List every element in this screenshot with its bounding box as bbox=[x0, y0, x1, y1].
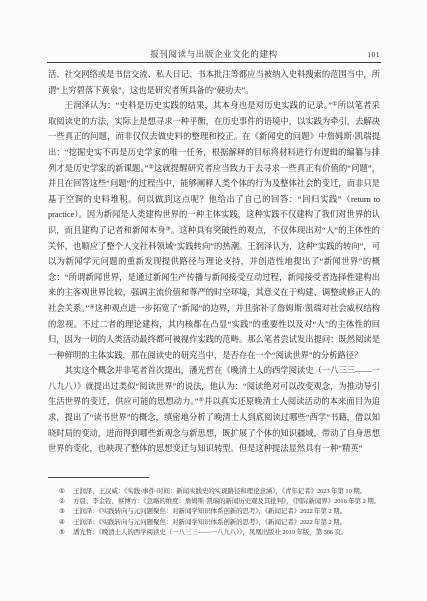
footnote-marker: ④ bbox=[59, 518, 73, 528]
paragraph-text: 王润泽认为：“史料是历史实践的结果，其本身也是对历史实践的记录。” bbox=[65, 101, 332, 110]
body-text: 活、社交网络或是书信交流、私人日记、书本批注等都应当被纳入史料搜索的范围当中，所… bbox=[48, 67, 380, 457]
body-paragraph: 其实这个概念并非笔者首次提出，潘光哲在《晚清士人的西学阅读史（一八三三——一八九… bbox=[48, 363, 380, 457]
footnotes: ①王润泽、王汉威：《实践·事件·时间：新闻实践史的实现路径和理论意涵》，《青年记… bbox=[59, 487, 399, 538]
footnote-item: ⑤潘光哲：《晚清士人的西学阅读史（一八三三——一八九八）》，凤凰出版社 2019… bbox=[59, 528, 399, 538]
footnote-text: 王润泽、王汉威：《实践·事件·时间：新闻实践史的实现路径和理论意涵》，《青年记者… bbox=[73, 487, 366, 497]
footnote-item: ④王润泽：《实践转向与元问题聚焦：对新闻学知识体系创新的思考》，《新闻记者》20… bbox=[59, 518, 399, 528]
footnote-item: ③王润泽：《实践转向与元问题聚焦：对新闻学知识体系创新的思考》，《新闻记者》20… bbox=[59, 507, 399, 517]
body-paragraph: 活、社交网络或是书信交流、私人日记、书本批注等都应当被纳入史料搜索的范围当中，所… bbox=[48, 67, 380, 98]
footnote-marker: ① bbox=[59, 487, 73, 497]
paragraph-text: 活、社交网络或是书信交流、私人日记、书本批注等都应当被纳入史料搜索的范围当中，所… bbox=[48, 70, 380, 95]
paragraph-text: 这种观点进一步拓宽了“新闻”的边界，并且弥补了詹姆斯·凯瑞对社会威权结构的忽视。… bbox=[48, 304, 380, 360]
footnote-text: 王润泽：《实践转向与元问题聚焦：对新闻学知识体系创新的思考》，《新闻记者》202… bbox=[73, 507, 346, 517]
footnote-text: 王润泽：《实践转向与元问题聚焦：对新闻学知识体系创新的思考》，《新闻记者》202… bbox=[73, 518, 346, 528]
footnote-marker: ② bbox=[59, 497, 73, 507]
page-number: 101 bbox=[367, 50, 380, 60]
footnote-separator bbox=[48, 477, 149, 478]
running-title: 报刊阅读与出版企业文化的建构 bbox=[47, 49, 381, 60]
footnote-item: ①王润泽、王汉威：《实践·事件·时间：新闻实践史的实现路径和理论意涵》，《青年记… bbox=[59, 487, 399, 497]
paragraph-text: 。这种具有突破性的观点，不仅体现出对“人”的主体性的关怀，也顺应了整个人文社科领… bbox=[48, 226, 380, 313]
page-header: 报刊阅读与出版企业文化的建构 101 bbox=[47, 49, 381, 61]
book-page: 报刊阅读与出版企业文化的建构 101 活、社交网络或是书信交流、私人日记、书本批… bbox=[0, 0, 427, 601]
footnote-marker: ⑤ bbox=[59, 528, 73, 538]
footnote-marker: ③ bbox=[59, 507, 73, 517]
footnote-text: 潘光哲：《晚清士人的西学阅读史（一八三三——一八九八）》，凤凰出版社 2019 … bbox=[73, 528, 347, 538]
paragraph-text: 这就提醒研究者应当致力于去寻求一些真正有价值的“问题”，并且在回答这些“问题”的… bbox=[48, 164, 380, 235]
paragraph-text: 所以笔者采取阅读史的方法，实际上是想寻求一种平衡，在历史事件的语境中，以实践为牵… bbox=[48, 101, 380, 172]
footnote-item: ②方晨、李金铨、蔡博方：《忽略的维度：詹姆斯·凯瑞的新闻历史观及其批判》，《国际… bbox=[59, 497, 399, 507]
footnote-text: 方晨、李金铨、蔡博方：《忽略的维度：詹姆斯·凯瑞的新闻历史观及其批判》，《国际新… bbox=[73, 497, 380, 507]
body-paragraph: 王润泽认为：“史料是历史实践的结果，其本身也是对历史实践的记录。”①所以笔者采取… bbox=[48, 98, 380, 363]
header-rule bbox=[47, 62, 381, 63]
